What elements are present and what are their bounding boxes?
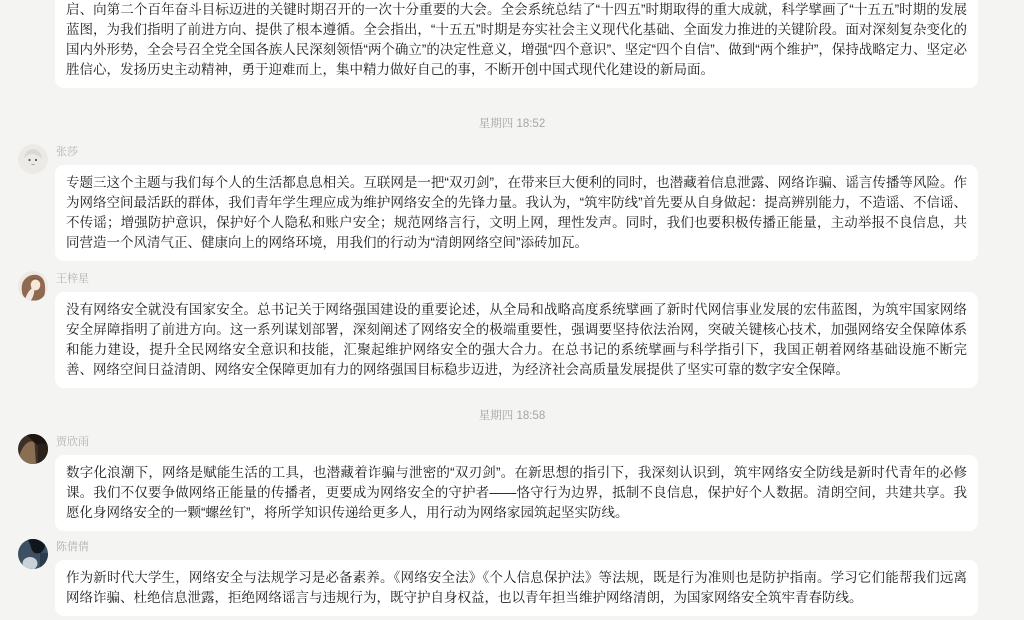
message-group: 王梓星 没有网络安全就没有国家安全。总书记关于网络强国建设的重要论述，从全局和战…: [0, 271, 1024, 388]
avatar-image: [18, 271, 48, 301]
sender-name: 王梓星: [56, 272, 978, 286]
message-group: 陈倩倩 作为新时代大学生，网络安全与法规学习是必备素养。《网络安全法》《个人信息…: [0, 539, 1024, 616]
sender-name: 贾欣雨: [56, 435, 978, 449]
sender-name: 陈倩倩: [56, 540, 978, 554]
light-sketch-girl-avatar[interactable]: [18, 144, 48, 174]
message-column: 王梓星 没有网络安全就没有国家安全。总书记关于网络强国建设的重要论述，从全局和战…: [55, 271, 978, 388]
brown-hair-anime-girl-avatar[interactable]: [18, 271, 48, 301]
message-group: 贾欣雨 数字化浪潮下，网络是赋能生活的工具，也潜藏着诈骗与泄密的“双刃剑”。在新…: [0, 434, 1024, 531]
dark-portrait-photo-avatar[interactable]: [18, 434, 48, 464]
avatar-image: [18, 434, 48, 464]
sender-name: 张莎: [56, 145, 978, 159]
message-bubble[interactable]: 没有网络安全就没有国家安全。总书记关于网络强国建设的重要论述，从全局和战略高度系…: [55, 292, 978, 388]
message-column: 张莎 专题三这个主题与我们每个人的生活都息息相关。互联网是一把“双刃剑”，在带来…: [55, 144, 978, 261]
message-group: 张莎 专题三这个主题与我们每个人的生活都息息相关。互联网是一把“双刃剑”，在带来…: [0, 144, 1024, 261]
dark-blue-photo-avatar[interactable]: [18, 539, 48, 569]
message-bubble[interactable]: 数字化浪潮下，网络是赋能生活的工具，也潜藏着诈骗与泄密的“双刃剑”。在新思想的指…: [55, 455, 978, 531]
message-bubble[interactable]: 专题三这个主题与我们每个人的生活都息息相关。互联网是一把“双刃剑”，在带来巨大便…: [55, 165, 978, 261]
message-column: 陈倩倩 作为新时代大学生，网络安全与法规学习是必备素养。《网络安全法》《个人信息…: [55, 539, 978, 616]
message-bubble[interactable]: 作为新时代大学生，网络安全与法规学习是必备素养。《网络安全法》《个人信息保护法》…: [55, 560, 978, 616]
chat-history-panel[interactable]: 启、向第二个百年奋斗目标迈进的关键时期召开的一次十分重要的大会。全会系统总结了“…: [0, 0, 1024, 620]
message-column: 贾欣雨 数字化浪潮下，网络是赋能生活的工具，也潜藏着诈骗与泄密的“双刃剑”。在新…: [55, 434, 978, 531]
avatar-image: [18, 144, 48, 174]
avatar-image: [18, 539, 48, 569]
timestamp-divider: 星期四 18:58: [0, 408, 1024, 424]
message-group-clipped: 启、向第二个百年奋斗目标迈进的关键时期召开的一次十分重要的大会。全会系统总结了“…: [55, 0, 978, 88]
timestamp-divider: 星期四 18:52: [0, 116, 1024, 132]
message-bubble[interactable]: 启、向第二个百年奋斗目标迈进的关键时期召开的一次十分重要的大会。全会系统总结了“…: [55, 0, 978, 88]
